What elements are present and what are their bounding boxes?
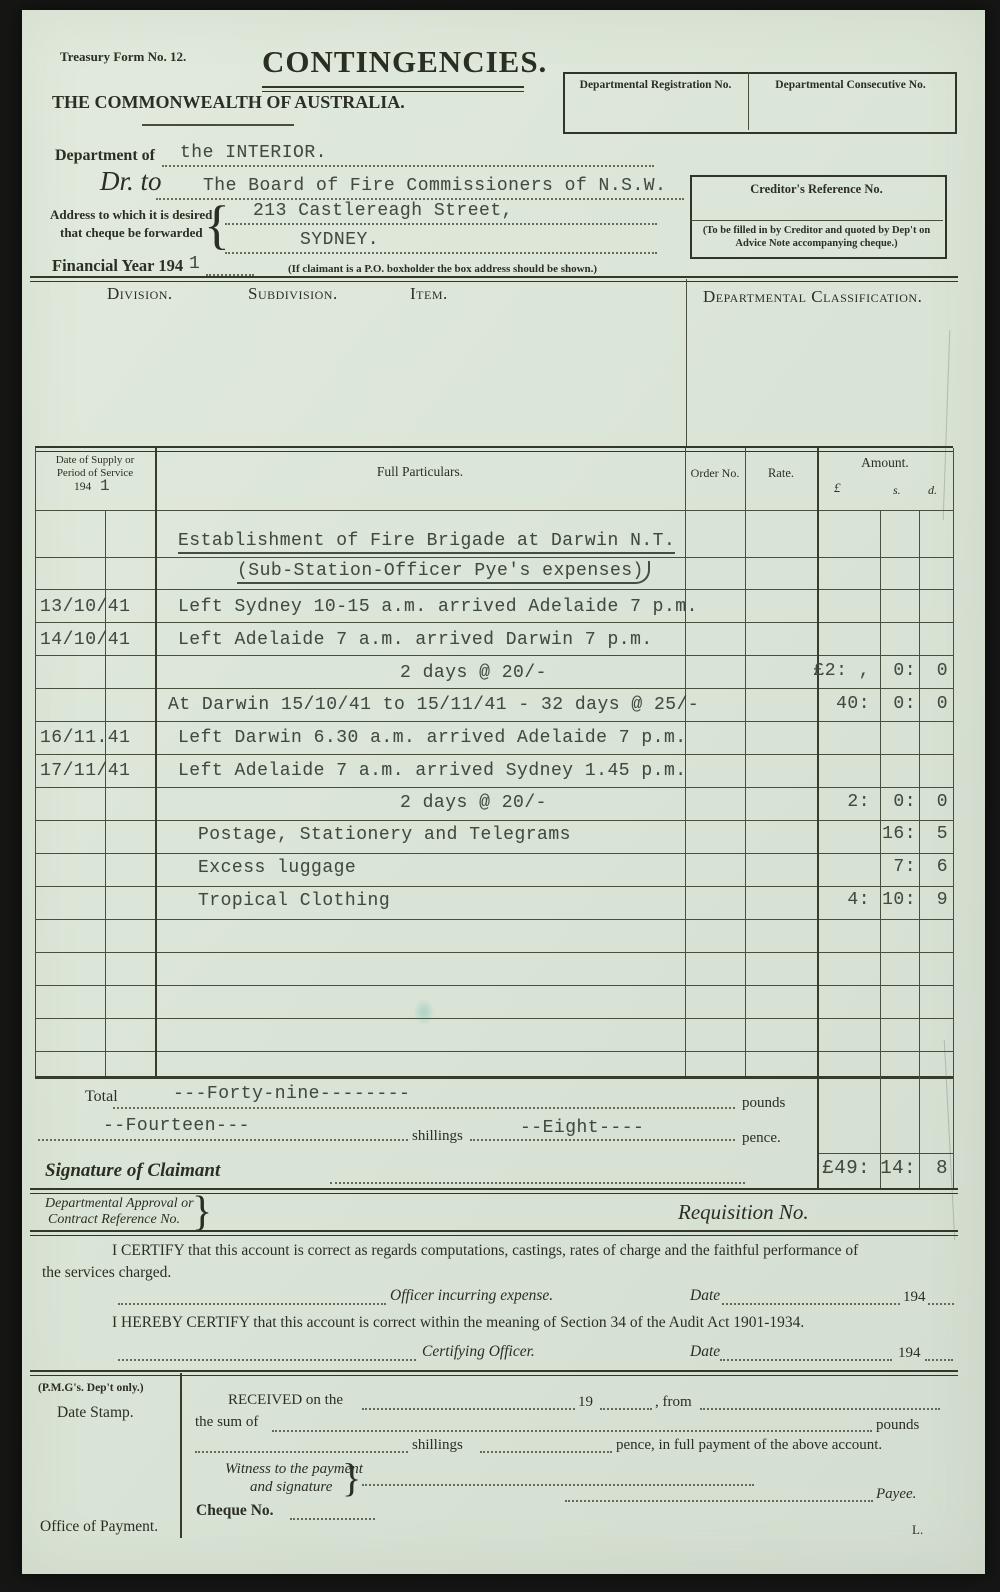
row-2-particulars: 2 days @ 20/- [400,663,547,683]
receipt-shillings-dots2 [480,1451,612,1453]
row-7-shillings: 16: [876,824,916,844]
row-8-shillings: 7: [876,857,916,877]
financial-year-label: Financial Year 194 [52,256,183,276]
dr-to-dotted-line [156,198,684,200]
cheque-no-dots [290,1518,375,1520]
row-6-particulars: 2 days @ 20/- [400,793,547,813]
subject-line2-typed: (Sub-Station-Officer Pye's expenses) [237,561,650,584]
row-2-pounds: £2: , [800,661,870,681]
total-amount-pounds: £49: [800,1157,870,1179]
dr-to-value-typed: The Board of Fire Commissioners of N.S.W… [203,176,666,196]
col-amount-label: Amount. [817,455,953,471]
total-pounds-dots [113,1107,735,1109]
approval-bottom-rule [30,1230,958,1236]
receipt-left-divider [180,1373,182,1538]
row-rule [35,820,953,821]
shillings-pence-rule [919,510,920,1190]
row-rule [35,952,953,953]
row-2-shillings: 0: [876,661,916,681]
department-value-typed: the INTERIOR. [180,143,327,163]
col-rate-label: Rate. [745,466,817,481]
po-box-note: (If claimant is a P.O. boxholder the box… [288,263,597,275]
certifying-signature-dots [118,1359,416,1361]
certifying-officer-label: Certifying Officer. [422,1343,535,1361]
date-label-1: Date [690,1287,720,1305]
row-rule [35,985,953,986]
row-8-particulars: Excess luggage [198,858,356,878]
row-3-particulars: At Darwin 15/10/41 to 15/11/41 - 32 days… [168,695,699,715]
row-6-shillings: 0: [876,792,916,812]
total-amount-shillings: 14: [876,1157,916,1179]
receipt-shillings-dots1 [195,1451,408,1453]
row-rule [35,754,953,755]
col-date-label-line2: Period of Service [35,467,155,479]
approval-brace: } [192,1188,212,1236]
total-label: Total [85,1088,118,1106]
scanned-form-contingencies: Treasury Form No. 12. CONTINGENCIES. THE… [0,0,1000,1592]
row-9-pence: 9 [918,890,948,910]
row-3-shillings: 0: [876,694,916,714]
creditor-ref-label: Creditor's Reference No. [692,182,941,197]
receipt-pence-full-payment: pence, in full payment of the above acco… [616,1437,882,1454]
creditor-ref-box-divider [690,220,943,221]
row-rule [35,622,953,623]
dr-to-label: Dr. to [100,166,162,197]
row-1-date: 14/10/41 [40,630,130,650]
office-of-payment-label: Office of Payment. [40,1518,158,1536]
item-label: Item. [410,284,448,304]
officer-incurring-label: Officer incurring expense. [390,1287,553,1305]
col-date-label-line1: Date of Supply or [35,454,155,467]
col-pounds-symbol: £ [834,480,841,496]
col-pence-symbol: d. [928,483,937,498]
pmg-note: (P.M.G's. Dep't only.) [38,1382,144,1394]
row-rule [35,557,953,558]
received-from-label: , from [655,1394,692,1411]
row-rule [35,655,953,656]
total-amount-pence: 8 [914,1157,948,1179]
row-rule [35,919,953,920]
row-9-pounds: 4: [800,890,870,910]
year-dots-1 [928,1303,954,1305]
total-pence-words-typed: --Eight---- [520,1118,644,1138]
total-amount-top-rule [817,1153,953,1154]
classification-divider [686,279,687,448]
approval-label-line2: Contract Reference No. [48,1212,180,1228]
rate-amount-rule [817,448,819,1190]
row-4-particulars: Left Darwin 6.30 a.m. arrived Adelaide 7… [178,728,687,748]
col-order-no-label: Order No. [685,466,745,481]
col-shillings-symbol: s. [893,483,901,498]
total-pence-unit: pence. [742,1130,781,1147]
year-dots-2 [925,1359,953,1361]
witness-label-line2: and signature [250,1479,332,1496]
row-9-shillings: 10: [876,890,916,910]
cheque-no-label: Cheque No. [196,1502,274,1520]
date-dots-2 [720,1359,892,1361]
financial-year-value-typed: 1 [189,254,200,274]
officer-signature-dots [118,1303,386,1305]
date-stamp-label: Date Stamp. [57,1404,134,1422]
receipt-pounds-unit: pounds [876,1417,919,1434]
total-pounds-unit: pounds [742,1095,785,1112]
row-rule [35,688,953,689]
hereby-certify-line: I HEREBY CERTIFY that this account is co… [112,1314,804,1332]
form-title: CONTINGENCIES. [262,44,547,80]
department-dotted-line [162,165,654,167]
section-rule-top [30,276,958,282]
printer-mark: L. [912,1522,923,1538]
order-rate-rule [745,448,746,1076]
signature-of-claimant-label: Signature of Claimant [45,1160,220,1182]
address-brace: { [204,194,230,256]
address-dotted-line1 [225,223,657,225]
year-194-1: 194 [903,1289,926,1306]
witness-dots [362,1484,754,1486]
row-0-date: 13/10/41 [40,597,130,617]
table-left-rule [35,448,36,1076]
col-particulars-label: Full Particulars. [155,464,685,480]
row-6-pence: 0 [918,792,948,812]
row-rule [35,721,953,722]
address-value-line2-typed: SYDNEY. [300,230,379,250]
address-label-line2: that cheque be forwarded [60,225,203,241]
commonwealth-title: THE COMMONWEALTH OF AUSTRALIA. [52,92,405,113]
table-top-rule [35,446,953,452]
subdivision-label: Subdivision. [248,284,338,304]
approval-top-rule [30,1188,958,1194]
creditor-ref-note: (To be filled in by Creditor and quoted … [694,225,939,250]
certify-line1: I CERTIFY that this account is correct a… [112,1242,858,1260]
received-from-dots [700,1408,940,1410]
row-3-pounds: 40: [800,694,870,714]
pounds-shillings-rule [880,510,881,1190]
row-9-particulars: Tropical Clothing [198,891,390,911]
dept-consecutive-label: Departmental Consecutive No. [750,79,951,91]
date-dots-1 [722,1303,900,1305]
row-1-particulars: Left Adelaide 7 a.m. arrived Darwin 7 p.… [178,630,653,650]
commonwealth-underline [142,124,294,126]
row-3-pence: 0 [918,694,948,714]
form-number: Treasury Form No. 12. [60,49,186,65]
payee-label: Payee. [876,1486,916,1503]
row-rule [35,886,953,887]
row-rule [35,589,953,590]
requisition-no-label: Requisition No. [678,1200,809,1225]
department-label: Department of [55,147,155,165]
row-0-particulars: Left Sydney 10-15 a.m. arrived Adelaide … [178,597,698,617]
registration-box-divider [748,72,749,130]
table-header-bottom-rule [35,510,953,511]
col-date-year-typed: 1 [100,477,110,495]
subject-line1-typed: Establishment of Fire Brigade at Darwin … [178,531,675,554]
row-rule [35,1051,953,1052]
date-inner-rule [105,510,106,1076]
receipt-shillings-unit: shillings [412,1437,463,1454]
col-date-year: 194 [74,481,91,493]
row-rule [35,1018,953,1019]
row-8-pence: 6 [918,857,948,877]
address-label-line1: Address to which it is desired [50,207,212,223]
total-pounds-words-typed: ---Forty-nine-------- [173,1084,410,1104]
sum-dots [272,1430,872,1432]
row-rule [35,787,953,788]
date-label-2: Date [690,1343,720,1361]
departmental-classification-label: Departmental Classification. [703,287,922,307]
table-bottom-rule [35,1076,953,1079]
total-shillings-dots [38,1139,408,1141]
row-6-pounds: 2: [800,792,870,812]
row-rule [35,853,953,854]
address-value-line1-typed: 213 Castlereagh Street, [253,201,513,221]
dept-registration-label: Departmental Registration No. [565,79,746,91]
row-4-date: 16/11.41 [40,728,130,748]
payee-dots [565,1500,873,1502]
certify-line2: the services charged. [42,1264,171,1282]
row-5-date: 17/11/41 [40,761,130,781]
year-194-2: 194 [898,1345,921,1362]
total-pence-dots [470,1139,735,1141]
row-7-particulars: Postage, Stationery and Telegrams [198,825,571,845]
date-particulars-rule [155,448,157,1076]
division-label: Division. [107,284,173,304]
row-2-pence: 0 [918,661,948,681]
received-on-label: RECEIVED on the [228,1392,343,1409]
row-5-particulars: Left Adelaide 7 a.m. arrived Sydney 1.45… [178,761,687,781]
receipt-top-rule [30,1370,958,1376]
table-right-rule [953,448,954,1190]
ink-smudge [413,998,435,1026]
received-19-dots [600,1408,652,1410]
sum-label: the sum of [195,1414,258,1431]
row-7-pence: 5 [918,824,948,844]
signature-dots [330,1182,745,1184]
witness-brace: } [342,1454,361,1501]
received-date-dots [362,1408,575,1410]
total-shillings-words-typed: --Fourteen--- [103,1116,250,1136]
approval-label-line1: Departmental Approval or [45,1196,194,1212]
address-dotted-line2 [225,252,657,254]
received-19: 19 [578,1394,593,1411]
total-shillings-unit: shillings [412,1128,463,1145]
